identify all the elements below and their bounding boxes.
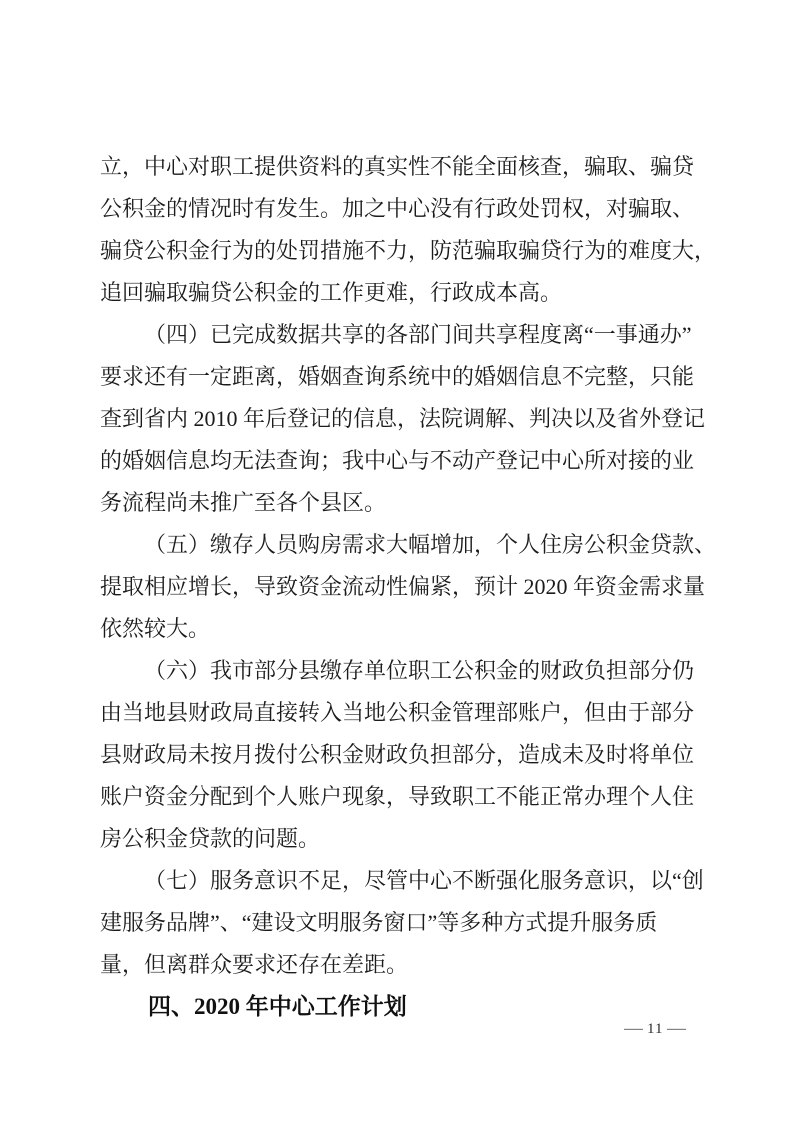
text-line: （六）我市部分县缴存单位职工公积金的财政负担部分仍	[100, 650, 700, 692]
text-line: 县财政局未按月拨付公积金财政负担部分，造成未及时将单位	[100, 734, 700, 776]
text-line: 追回骗取骗贷公积金的工作更难，行政成本高。	[100, 272, 700, 314]
page-number-value: 11	[647, 1021, 663, 1038]
section-heading: 四、2020 年中心工作计划	[100, 986, 700, 1028]
document-page: 立，中心对职工提供资料的真实性不能全面核查，骗取、骗贷公积金的情况时有发生。加之…	[0, 0, 793, 1122]
text-line: 查到省内 2010 年后登记的信息，法院调解、判决以及省外登记	[100, 398, 700, 440]
text-line: 建服务品牌”、“建设文明服务窗口”等多种方式提升服务质	[100, 902, 700, 944]
text-line: 公积金的情况时有发生。加之中心没有行政处罚权，对骗取、	[100, 188, 700, 230]
text-line: 立，中心对职工提供资料的真实性不能全面核查，骗取、骗贷	[100, 146, 700, 188]
text-line: 量，但离群众要求还存在差距。	[100, 944, 700, 986]
page-number-dash-left: —	[624, 1021, 643, 1038]
document-body: 立，中心对职工提供资料的真实性不能全面核查，骗取、骗贷公积金的情况时有发生。加之…	[100, 146, 700, 1028]
text-line: 要求还有一定距离，婚姻查询系统中的婚姻信息不完整，只能	[100, 356, 700, 398]
page-number-dash-right: —	[668, 1021, 687, 1038]
text-line: （七）服务意识不足，尽管中心不断强化服务意识，以“创	[100, 860, 700, 902]
text-line: 依然较大。	[100, 608, 700, 650]
text-line: 账户资金分配到个人账户现象，导致职工不能正常办理个人住	[100, 776, 700, 818]
text-line: 的婚姻信息均无法查询；我中心与不动产登记中心所对接的业	[100, 440, 700, 482]
text-line: 务流程尚未推广至各个县区。	[100, 482, 700, 524]
text-line: 骗贷公积金行为的处罚措施不力，防范骗取骗贷行为的难度大，	[100, 230, 700, 272]
text-line: （四）已完成数据共享的各部门间共享程度离“一事通办”	[100, 314, 700, 356]
text-line: 提取相应增长，导致资金流动性偏紧，预计 2020 年资金需求量	[100, 566, 700, 608]
text-line: 房公积金贷款的问题。	[100, 818, 700, 860]
text-line: （五）缴存人员购房需求大幅增加，个人住房公积金贷款、	[100, 524, 700, 566]
text-line: 由当地县财政局直接转入当地公积金管理部账户，但由于部分	[100, 692, 700, 734]
page-number: — 11 —	[626, 1016, 684, 1042]
